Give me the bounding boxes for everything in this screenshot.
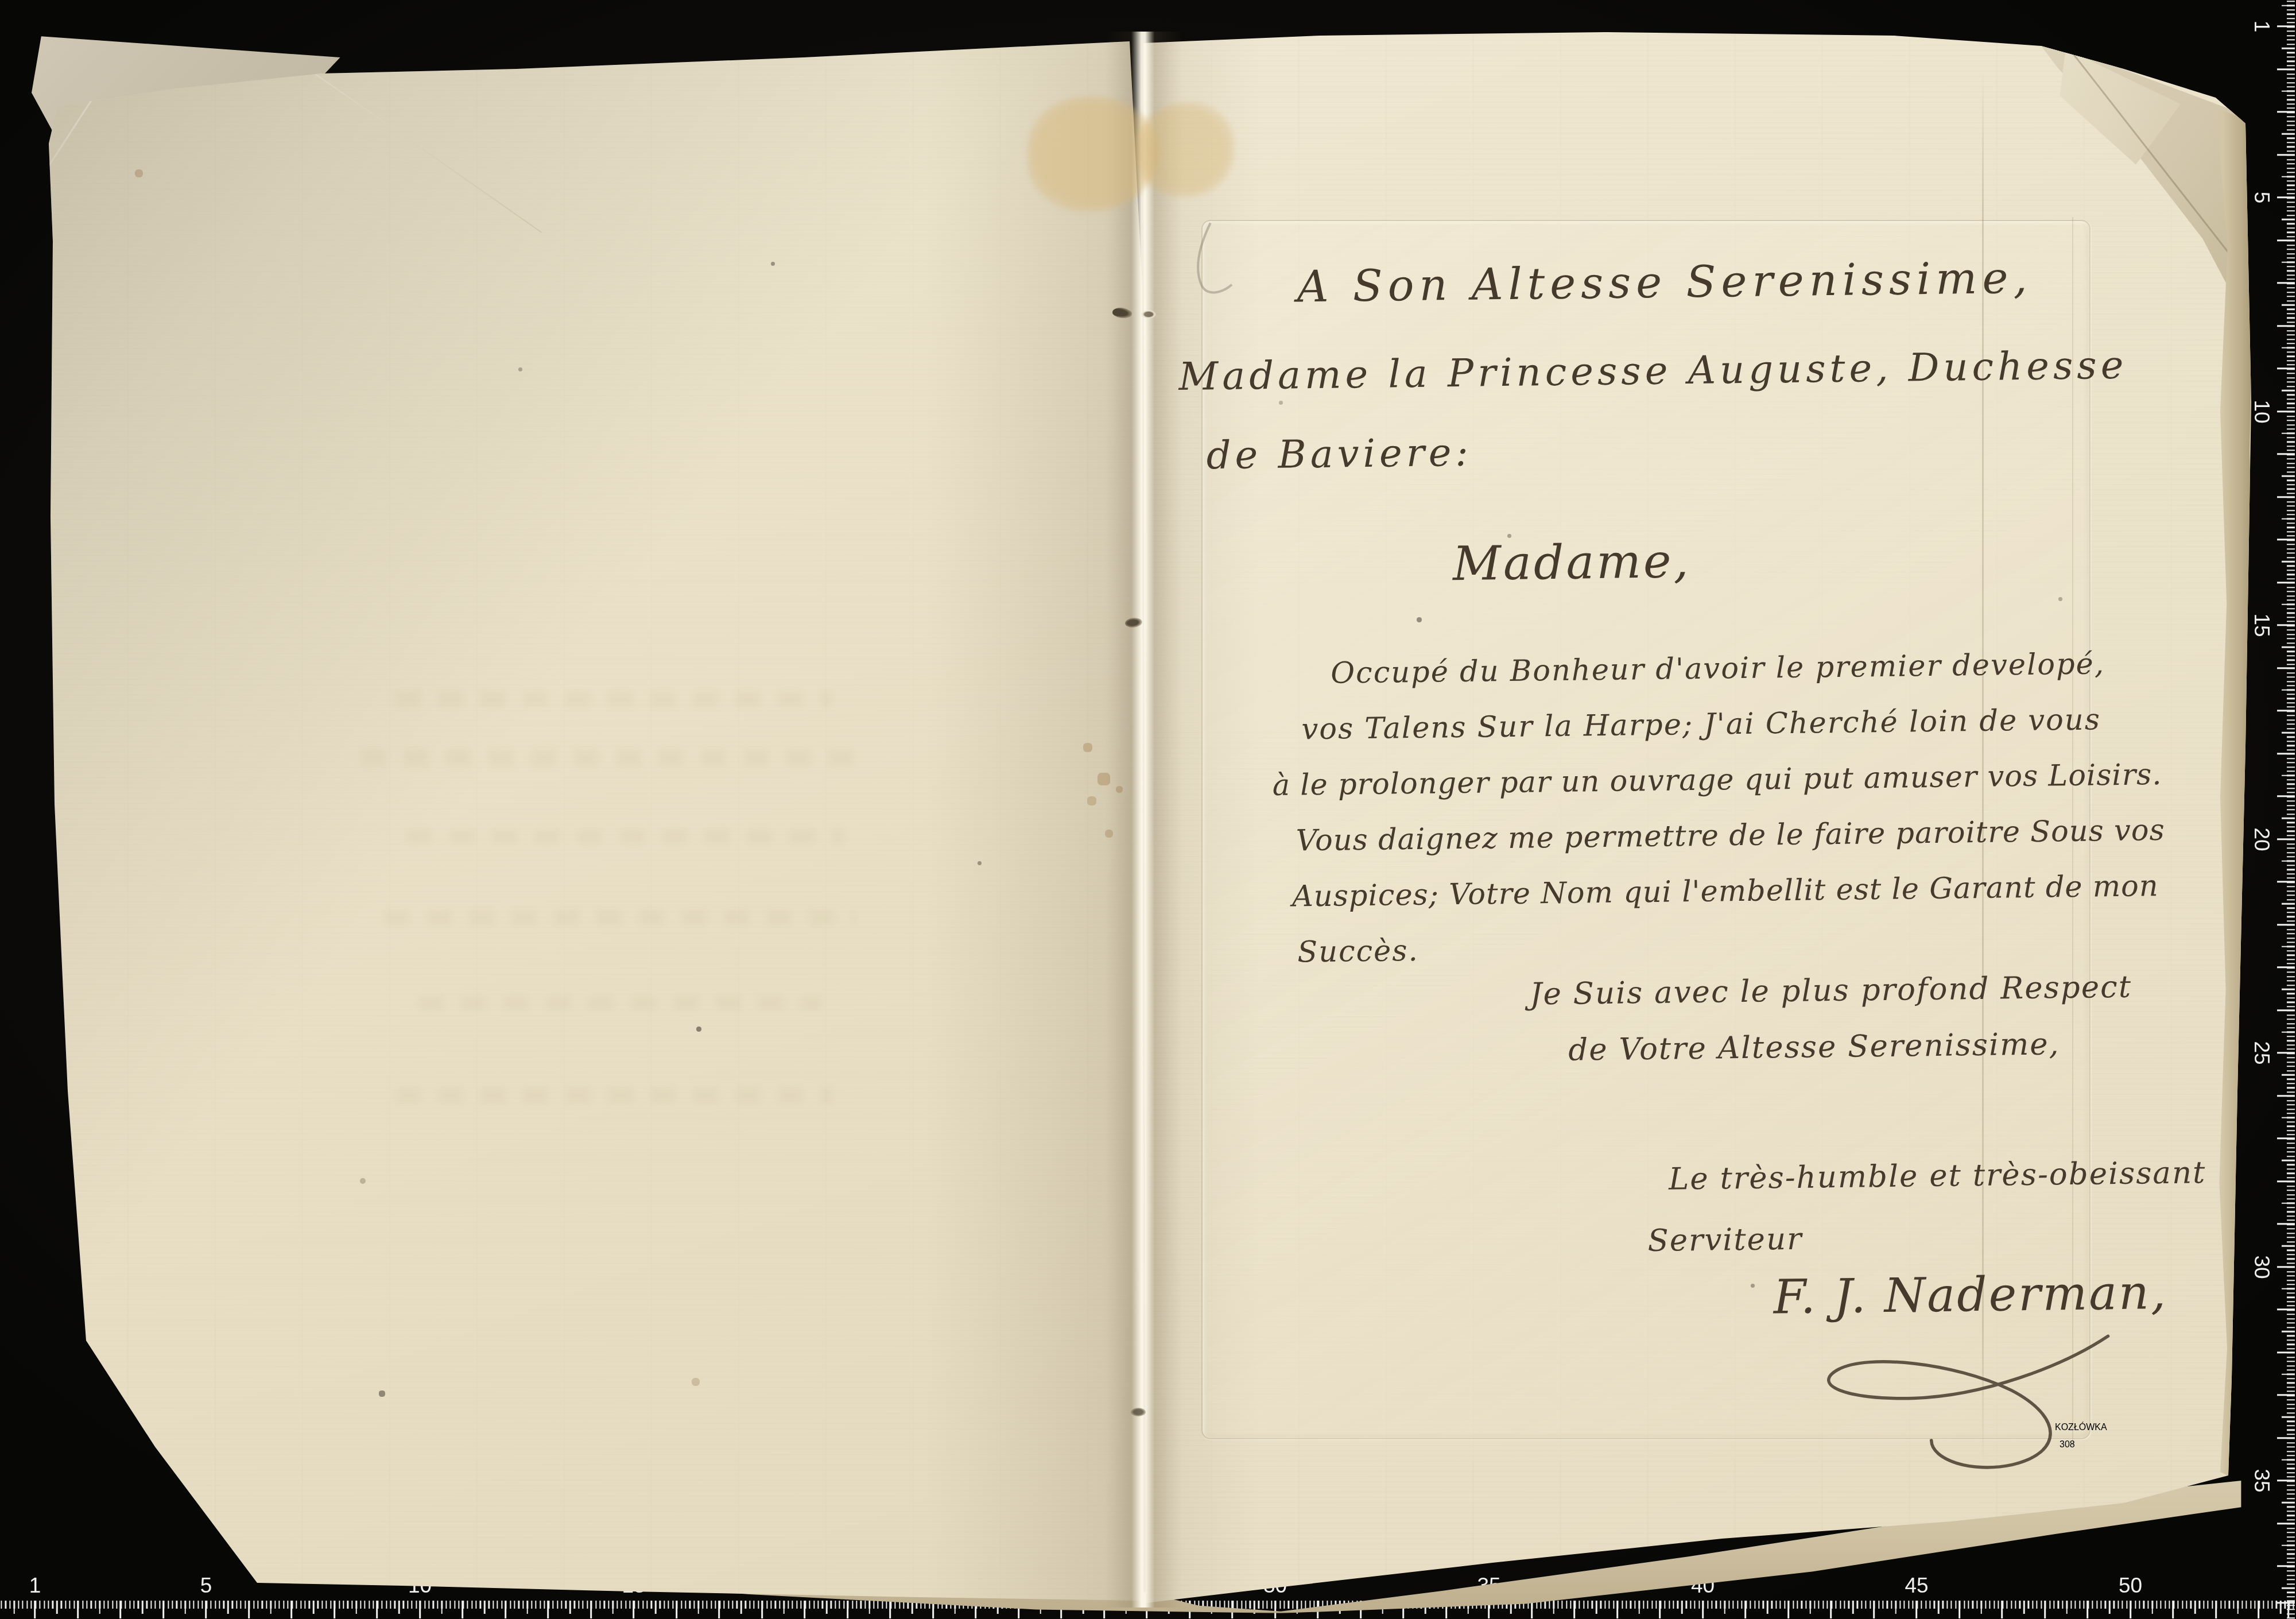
- stitch-hole: [1131, 1408, 1146, 1416]
- valediction-line: Le très-humble et très-obeissant: [1669, 1155, 2206, 1196]
- bottom-ruler-label: 50: [2119, 1574, 2142, 1598]
- scan-stage: 15101520253035404550 15101520253035: [0, 0, 2296, 1619]
- right-ruler-label: 20: [2250, 827, 2274, 851]
- left-page-gutter-shadow: [40, 32, 1145, 1605]
- body-line: Occupé du Bonheur d'avoir le premier dev…: [1331, 647, 2105, 690]
- body-line: vos Talens Sur la Harpe; J'ai Cherché lo…: [1301, 703, 2101, 746]
- inventory-number: 308: [2060, 1440, 2075, 1450]
- right-ruler-half-ticks: [2282, 0, 2295, 1619]
- valediction-line: Serviteur: [1647, 1222, 1803, 1258]
- letter-text: A Son Altesse Serenissime, Madame la Pri…: [1116, 15, 2278, 1613]
- signature: F. J. Naderman,: [1773, 1265, 2167, 1324]
- body-line: Succès.: [1297, 934, 1419, 970]
- right-page: A Son Altesse Serenissime, Madame la Pri…: [1124, 22, 2266, 1606]
- right-ruler-label: 25: [2250, 1041, 2274, 1064]
- left-page: [40, 32, 1145, 1605]
- bottom-ruler-label: 45: [1905, 1574, 1928, 1598]
- show-through-text: [419, 996, 821, 1010]
- show-through-text: [362, 749, 867, 766]
- right-ruler-label: 30: [2250, 1255, 2274, 1279]
- right-ruler-mm-ticks: [2287, 0, 2295, 1619]
- right-ruler-label: 10: [2250, 400, 2274, 423]
- show-through-text: [385, 910, 855, 925]
- show-through-text: [408, 830, 844, 843]
- stitch-hole: [1141, 310, 1156, 319]
- bottom-ruler-label: 1: [29, 1574, 41, 1598]
- show-through-text: [396, 1088, 832, 1103]
- dedication-line: A Son Altesse Serenissime,: [1297, 252, 2033, 312]
- specks: [0, 0, 2, 2]
- salutation: Madame,: [1452, 534, 1691, 591]
- closing-line: Je Suis avec le plus profond Respect: [1530, 970, 2132, 1012]
- foxing-spots: [40, 32, 42, 34]
- pencil-squiggle: [1176, 217, 1246, 298]
- bottom-ruler-label: 5: [200, 1574, 212, 1598]
- stain: [1134, 102, 1234, 197]
- right-ruler-label: 15: [2250, 613, 2274, 637]
- collection-stamp: KOZŁÓWKA: [2055, 1423, 2107, 1433]
- right-ruler-label: 1: [2250, 21, 2274, 33]
- dedication-line: Madame la Princesse Auguste, Duchesse: [1178, 343, 2128, 399]
- body-line: Auspices; Votre Nom qui l'embellit est l…: [1292, 869, 2159, 913]
- signature-flourish: [1740, 1326, 2132, 1479]
- body-line: Vous daignez me permettre de le faire pa…: [1296, 814, 2165, 858]
- right-ruler-cm-ticks: [2277, 0, 2295, 1619]
- body-line: à le prolonger par un ouvrage qui put am…: [1272, 758, 2162, 803]
- closing-line: de Votre Altesse Serenissime,: [1568, 1027, 2060, 1067]
- right-ruler-label: 35: [2250, 1469, 2274, 1492]
- dedication-line: de Baviere:: [1206, 430, 1472, 478]
- show-through-text: [396, 692, 832, 707]
- right-ruler-label: 5: [2250, 192, 2274, 204]
